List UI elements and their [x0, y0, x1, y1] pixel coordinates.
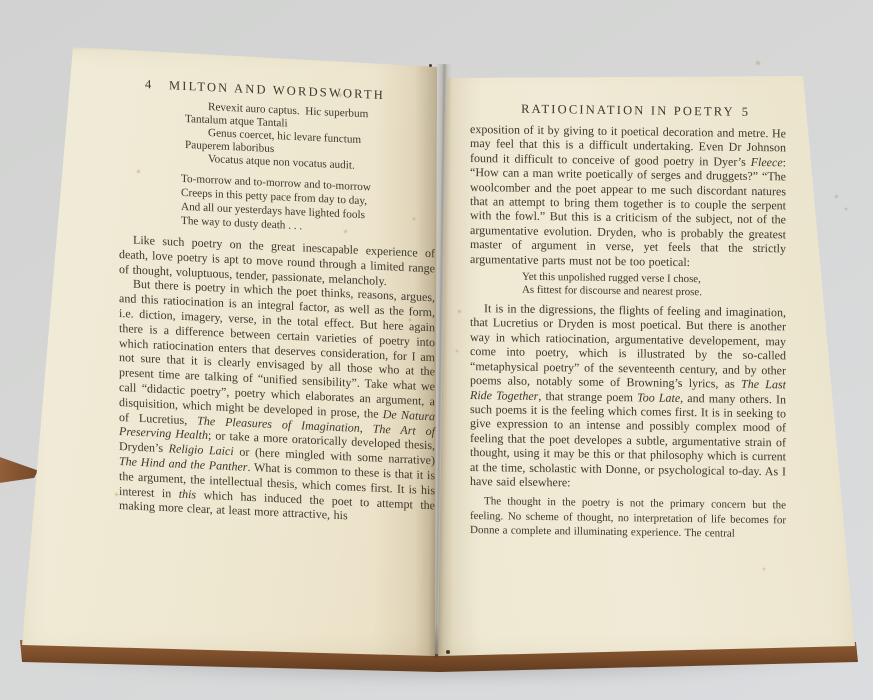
- left-paragraph-2: But there is poetry in which the poet th…: [119, 276, 435, 527]
- right-block-quote: The thought in the poetry is not the pri…: [470, 494, 786, 542]
- right-page-text: RATIOCINATION IN POETRY 5 exposition of …: [470, 100, 786, 542]
- foxing-spot: [834, 194, 839, 199]
- left-page-text: 4 MILTON AND WORDSWORTH Revexit auro cap…: [119, 75, 435, 527]
- text-segment: But there is poetry in which the poet th…: [119, 277, 435, 421]
- text-segment: , and many others. In such poems it is t…: [470, 390, 786, 489]
- left-running-head: 4 MILTON AND WORDSWORTH: [119, 75, 435, 105]
- book-cover-left-corner: [0, 456, 38, 484]
- left-page: 4 MILTON AND WORDSWORTH Revexit auro cap…: [20, 45, 440, 657]
- foxing-spot: [844, 207, 848, 211]
- right-running-head: RATIOCINATION IN POETRY 5: [470, 100, 786, 120]
- right-page-number: 5: [742, 104, 748, 120]
- foxing-spot: [755, 60, 761, 66]
- text-segment: : “How can a man write poetically of ser…: [470, 155, 786, 269]
- text-segment: ,: [360, 420, 373, 435]
- book-photo: 4 MILTON AND WORDSWORTH Revexit auro cap…: [0, 0, 873, 700]
- right-running-title: RATIOCINATION IN POETRY: [521, 102, 735, 119]
- text-segment: It is in the digressions, the flights of…: [470, 301, 786, 391]
- text-segment: exposition of it by giving to it poetica…: [470, 122, 786, 169]
- english-verse: To-morrow and to-morrow and to-morrowCre…: [181, 172, 435, 240]
- italic-title-text: this: [179, 486, 196, 501]
- latin-verse: Revexit auro captus. Hic superbumTantalu…: [185, 100, 435, 176]
- italic-title-text: Fleece: [751, 155, 783, 169]
- left-running-title: MILTON AND WORDSWORTH: [169, 78, 385, 102]
- italic-title-text: De Natura: [383, 407, 435, 423]
- right-paragraph-2: It is in the digressions, the flights of…: [470, 301, 786, 493]
- right-page: RATIOCINATION IN POETRY 5 exposition of …: [436, 60, 858, 660]
- dryden-couplet: Yet this unpolished rugged verse I chose…: [522, 271, 786, 301]
- dark-speck: [429, 64, 432, 67]
- right-paragraph-1: exposition of it by giving to it poetica…: [470, 122, 786, 270]
- verse-line: As fittest for discourse and nearest pro…: [522, 284, 786, 301]
- text-segment: , that strange poem: [538, 388, 637, 403]
- left-page-number: 4: [145, 76, 151, 92]
- italic-title-text: Too Late: [637, 390, 680, 405]
